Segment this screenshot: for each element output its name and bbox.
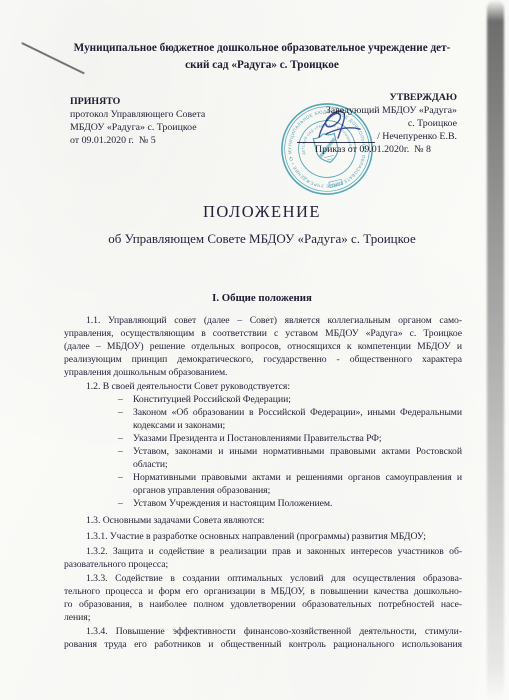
- body-line: рования труда его работников и обществен…: [64, 638, 462, 651]
- accepted-block: ПРИНЯТО протокол Управляющего Совета МБД…: [70, 95, 205, 147]
- svg-text:• МУНИЦИПАЛЬНОЕ БЮДЖЕТНОЕ ДОШК: • МУНИЦИПАЛЬНОЕ БЮДЖЕТНОЕ ДОШКОЛЬНОЕ ОБР…: [268, 90, 376, 200]
- accepted-line-3: от 09.01.2020 г. № 5: [70, 134, 205, 147]
- list-dash: –: [118, 471, 123, 484]
- list-dash: –: [118, 432, 123, 445]
- document-title: ПОЛОЖЕНИЕ: [64, 202, 460, 222]
- seal-outer-text: • МУНИЦИПАЛЬНОЕ БЮДЖЕТНОЕ ДОШКОЛЬНОЕ ОБР…: [268, 90, 376, 200]
- list-item: – Законом «Об образовании в Российской Ф…: [64, 406, 462, 432]
- body-line: реализующим принцип демократического, го…: [64, 353, 462, 366]
- list-dash: –: [118, 406, 123, 419]
- body-line: 1.1. Управляющий совет (далее – Совет) я…: [64, 314, 462, 327]
- paragraph-1-3-3: 1.3.3. Содействие в создании оптимальных…: [64, 572, 462, 624]
- body-line: Уставом, законами и иными нормативными п…: [133, 445, 462, 458]
- section-heading: I. Общие положения: [64, 292, 460, 304]
- body-line: 1.3.3. Содействие в создании оптимальных…: [64, 572, 462, 585]
- org-header-line-1: Муниципальное бюджетное дошкольное образ…: [60, 40, 464, 57]
- body-line: Законом «Об образовании в Российской Фед…: [133, 406, 462, 419]
- list-dash: –: [118, 393, 123, 406]
- list-item: – Уставом Учреждения и настоящим Положен…: [64, 497, 462, 510]
- body-line: тельного процесса и форм его организации…: [64, 585, 462, 598]
- accepted-line-2: МБДОУ «Радуга» с. Троицкое: [70, 121, 205, 134]
- document-subtitle: об Управляющем Совете МБДОУ «Радуга» с. …: [64, 231, 460, 247]
- body-line: разовательного процесса;: [64, 558, 462, 571]
- body-line: Указами Президента и Постановлениями Пра…: [133, 432, 462, 445]
- list-item: – Уставом, законами и иными нормативными…: [64, 445, 462, 471]
- body-line: 1.3.4. Повышение эффективности финансово…: [64, 625, 462, 638]
- body-line: области;: [133, 458, 462, 471]
- list-item: – Указами Президента и Постановлениями П…: [64, 432, 462, 445]
- paragraph-1-3-1: 1.3.1. Участие в разработке основных нап…: [64, 530, 462, 543]
- paragraph-1-3: 1.3. Основными задачами Совета являются:: [64, 514, 462, 527]
- body-line: Уставом Учреждения и настоящим Положение…: [133, 497, 462, 510]
- document-body: 1.1. Управляющий совет (далее – Совет) я…: [64, 314, 462, 651]
- page-edge-shadow: [487, 0, 504, 700]
- list-item: – Конституцией Российской Федерации;: [64, 393, 462, 406]
- body-line: органов управления образования;: [133, 484, 462, 497]
- paragraph-1-3-4: 1.3.4. Повышение эффективности финансово…: [64, 625, 462, 651]
- scanned-document-page: Муниципальное бюджетное дошкольное образ…: [0, 0, 509, 700]
- accepted-line-1: протокол Управляющего Совета: [70, 108, 205, 121]
- body-line: кодексами и законами;: [133, 419, 462, 432]
- approver-name: / Нечепуренко Е.В.: [377, 130, 457, 143]
- body-line: (далее – МБДОУ) решение отдельных вопрос…: [64, 340, 462, 353]
- org-header-line-2: ский сад «Радуга» с. Троицкое: [60, 57, 464, 74]
- body-line: управления, осуществляющим в соответстви…: [64, 327, 462, 340]
- list-item: – Нормативными правовыми актами и решени…: [64, 471, 462, 497]
- body-line: Нормативными правовыми актами и решениям…: [133, 471, 462, 484]
- paragraph-1-3-2: 1.3.2. Защита и содействие в реализации …: [64, 545, 462, 571]
- paragraph-1-2: 1.2. В своей деятельности Совет руководс…: [64, 380, 462, 393]
- org-header: Муниципальное бюджетное дошкольное образ…: [60, 40, 464, 73]
- body-line: 1.3.2. Защита и содействие в реализации …: [64, 545, 462, 558]
- body-line: Конституцией Российской Федерации;: [133, 393, 462, 406]
- body-line: управления дошкольным образованием.: [64, 366, 462, 379]
- body-line: ления;: [64, 611, 462, 624]
- paragraph-1-1: 1.1. Управляющий совет (далее – Совет) я…: [64, 314, 462, 379]
- list-dash: –: [118, 445, 123, 458]
- accepted-title: ПРИНЯТО: [70, 95, 205, 108]
- list-dash: –: [118, 497, 123, 510]
- body-line: го образования, в наиболее полном удовле…: [64, 598, 462, 611]
